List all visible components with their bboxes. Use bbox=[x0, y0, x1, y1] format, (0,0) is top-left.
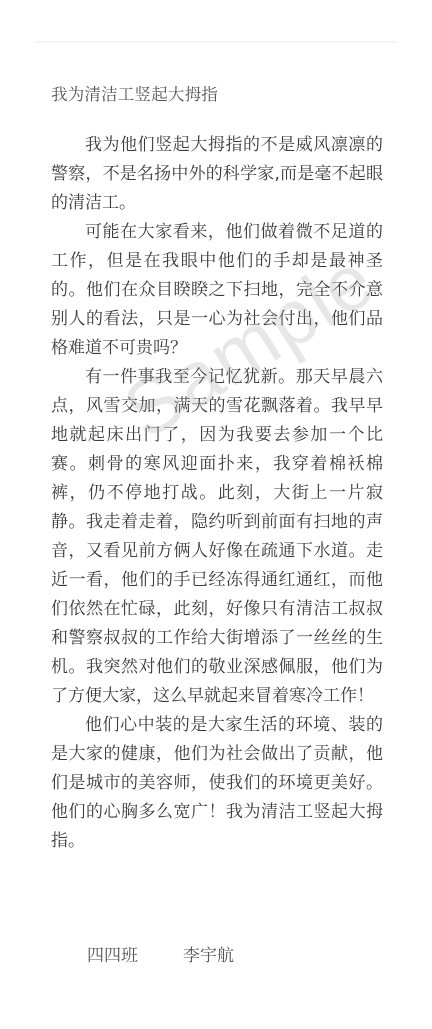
author-name: 李宇航 bbox=[183, 946, 234, 966]
article-title: 我为清洁工竖起大拇指 bbox=[51, 84, 218, 106]
paragraph: 我为他们竖起大拇指的不是威风凛凛的警察，不是名扬中外的科学家,而是毫不起眼的清洁… bbox=[51, 131, 383, 218]
paragraph: 可能在大家看来，他们做着微不足道的工作，但是在我眼中他们的手却是最神圣的。他们在… bbox=[51, 218, 383, 363]
article-body: 我为他们竖起大拇指的不是威风凛凛的警察，不是名扬中外的科学家,而是毫不起眼的清洁… bbox=[51, 131, 383, 856]
signature: 四四班李宇航 bbox=[87, 944, 234, 968]
paragraph: 有一件事我至今记忆犹新。那天早晨六点，风雪交加，满天的雪花飘落着。我早早地就起床… bbox=[51, 363, 383, 711]
class-name: 四四班 bbox=[87, 946, 138, 966]
top-divider bbox=[34, 41, 398, 43]
paragraph: 他们心中装的是大家生活的环境、装的是大家的健康，他们为社会做出了贡献，他们是城市… bbox=[51, 711, 383, 856]
